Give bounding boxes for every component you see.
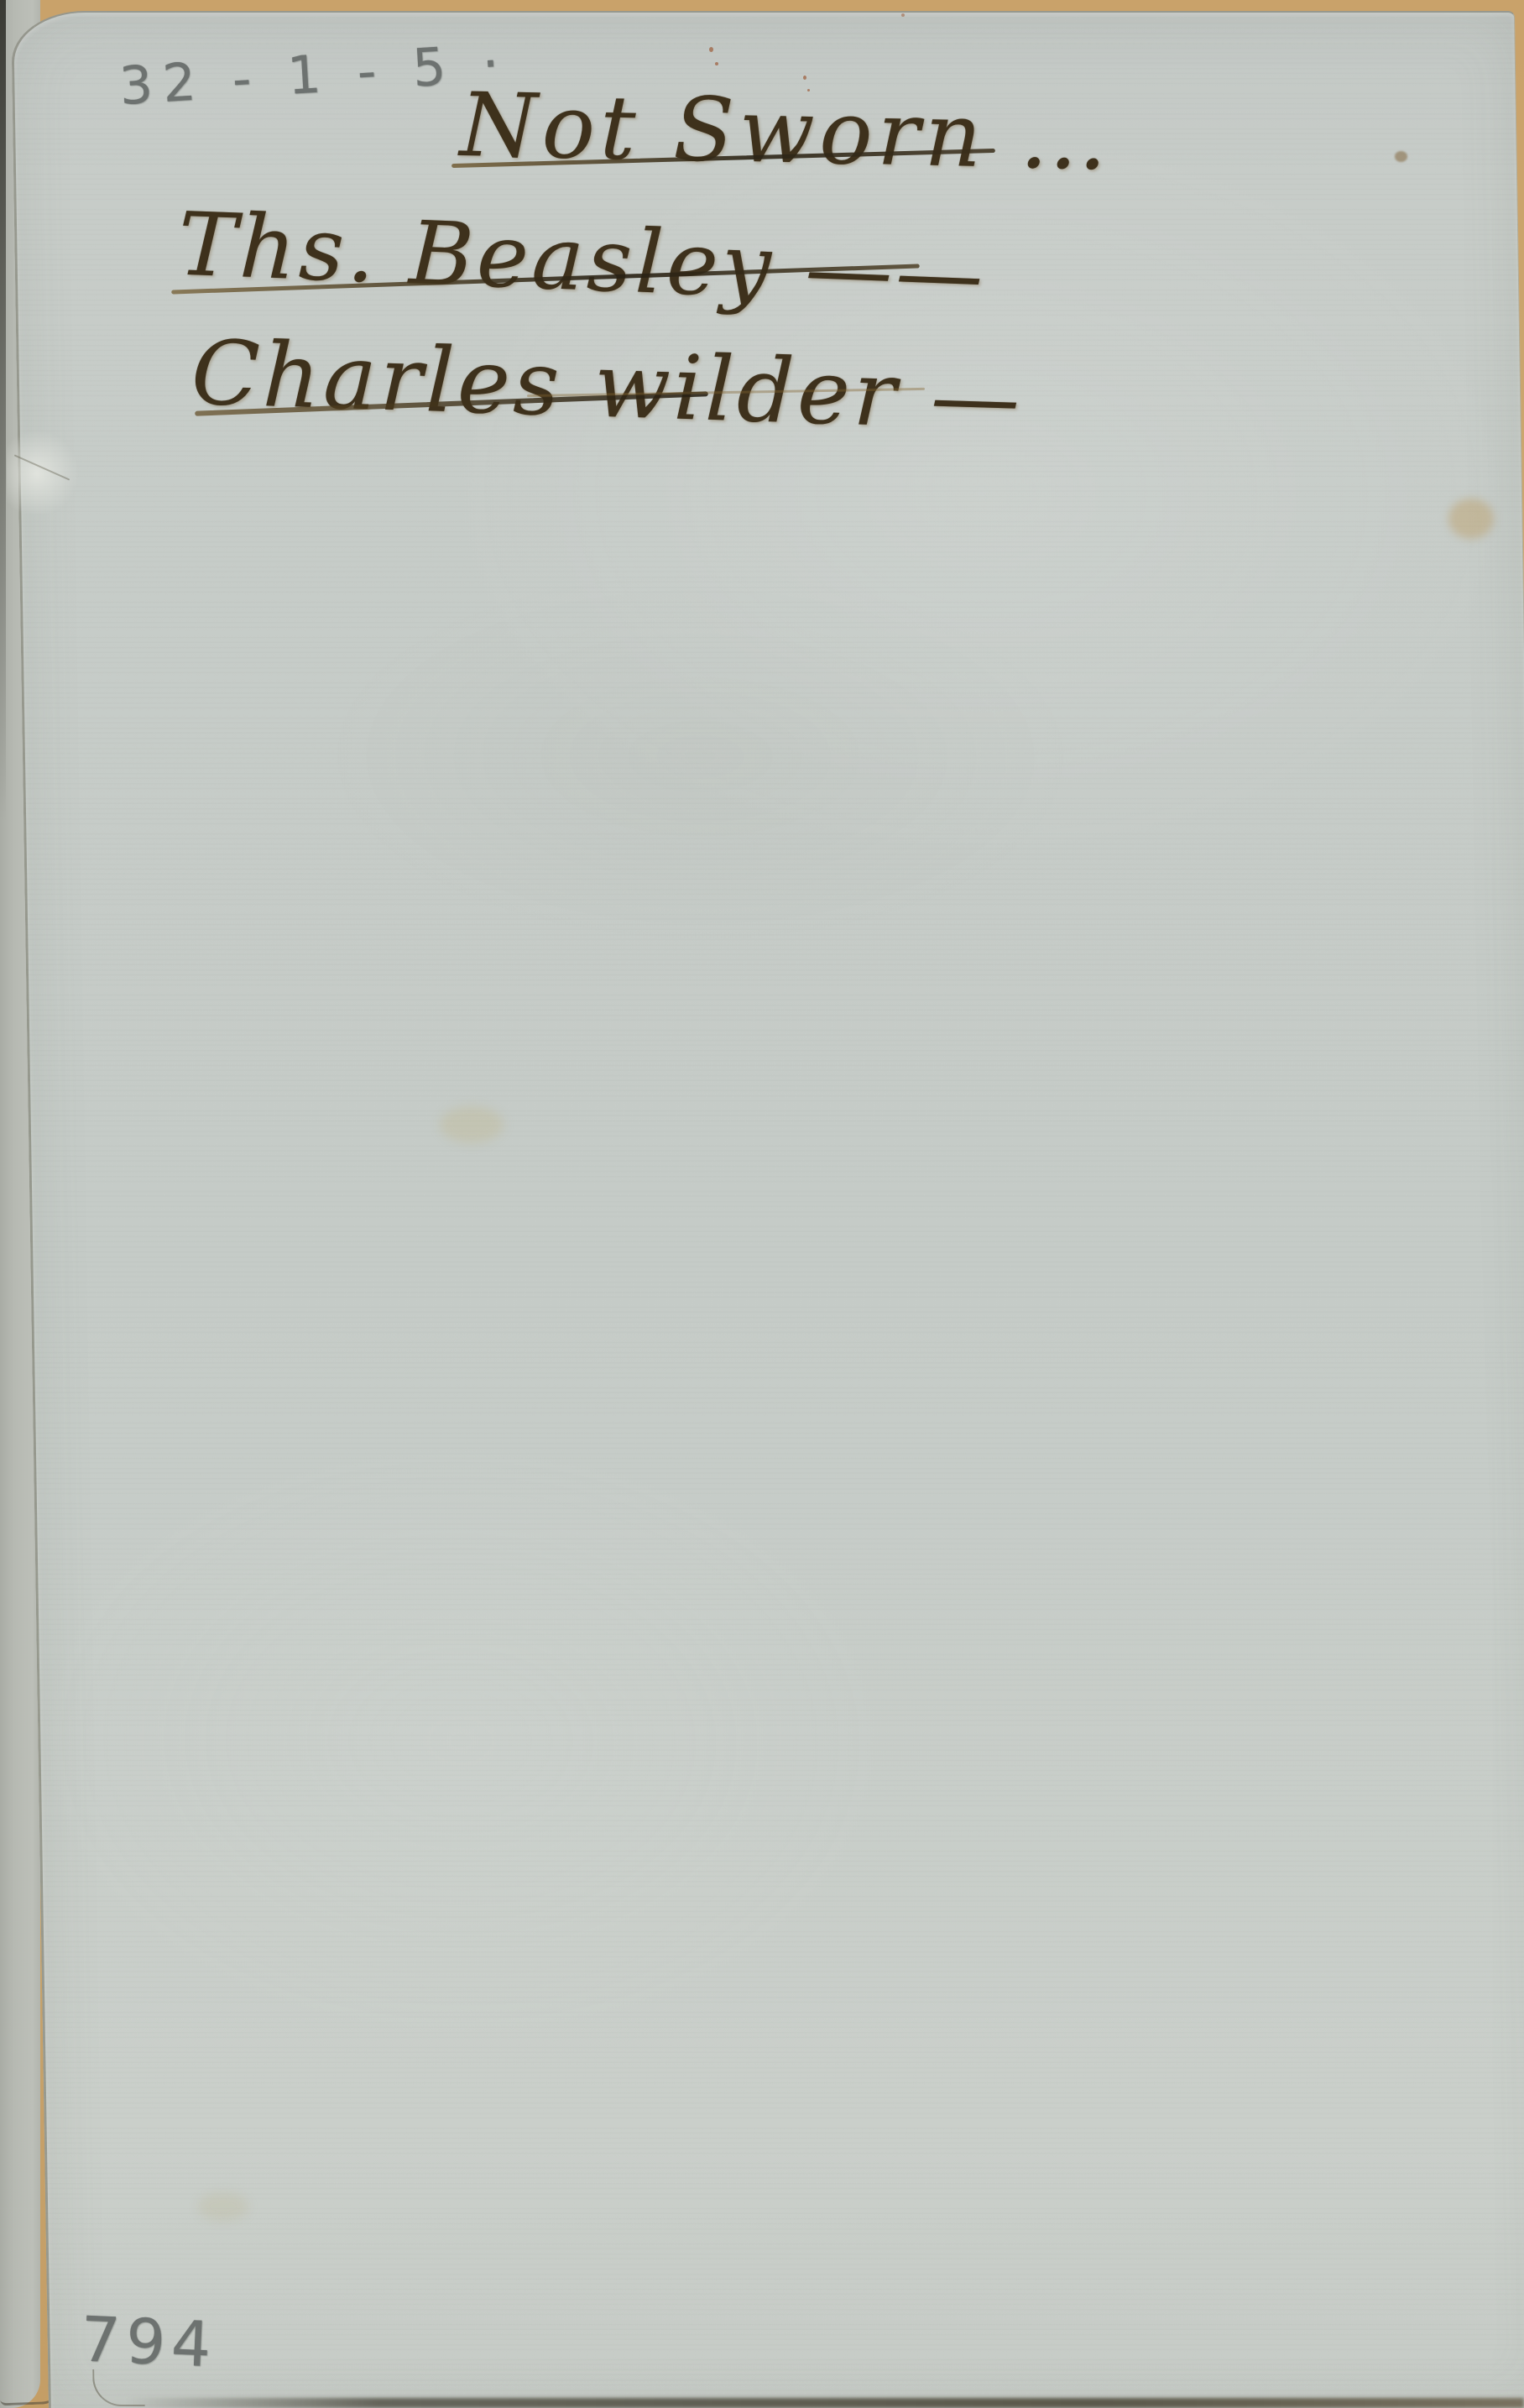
paper-stain: [1395, 151, 1407, 162]
paper-stain: [1448, 499, 1494, 539]
paper-stain: [440, 1106, 504, 1143]
paper-stain: [198, 2192, 248, 2221]
foxing-spot: [709, 47, 713, 52]
document-scan: 32 - 1 - 5 · Not Sworn … Ths. Beasley ——…: [0, 0, 1524, 2408]
page-number: 794: [79, 2304, 218, 2382]
gutter-shadow: [0, 0, 6, 823]
handwritten-line-not-sworn: Not Sworn …: [459, 74, 1114, 190]
foxing-spot: [715, 62, 718, 65]
foxing-spot: [901, 13, 905, 17]
scan-edge-shadow: [126, 2398, 1524, 2408]
paper-crease: [7, 430, 79, 514]
foxing-spot: [803, 76, 806, 80]
